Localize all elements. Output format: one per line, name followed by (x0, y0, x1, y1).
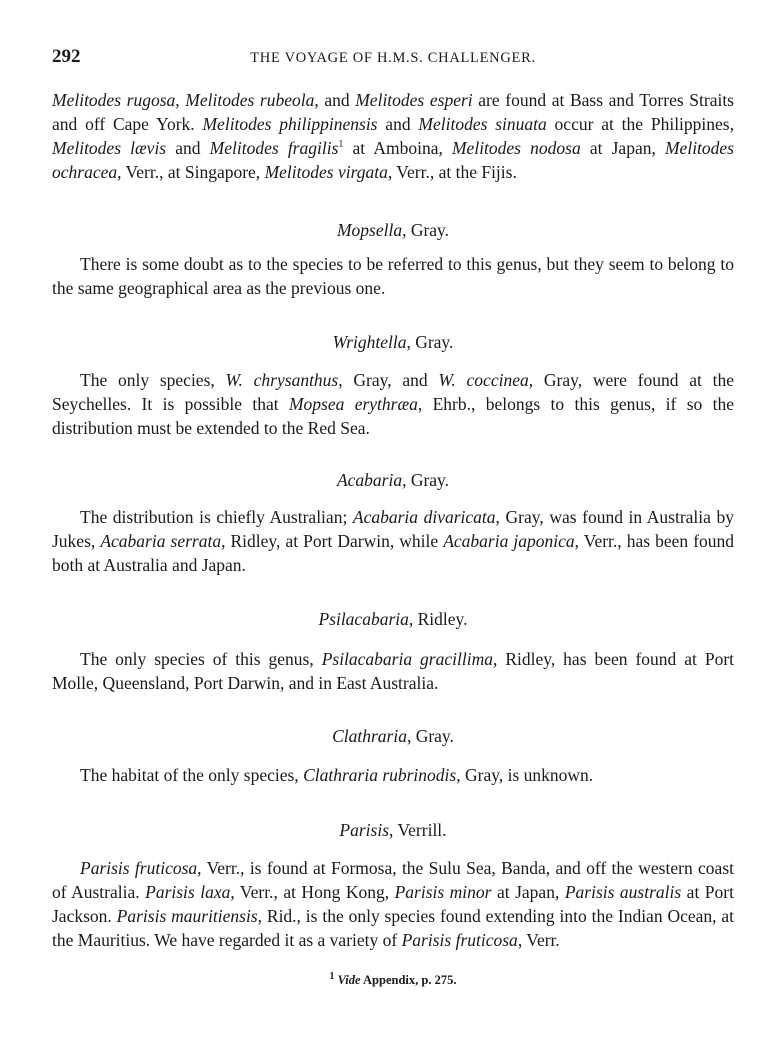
genus-author: , Gray. (402, 470, 449, 490)
text: , Verr., at the Fijis. (388, 162, 517, 182)
text: , Verr., at Singapore, (117, 162, 264, 182)
text: , and (314, 90, 355, 110)
section-heading-psilacabaria: Psilacabaria, Ridley. (52, 609, 734, 630)
text: The only species, (80, 370, 226, 390)
species-name: Melitodes nodosa (452, 138, 581, 158)
genus-author: , Gray. (406, 332, 453, 352)
text: occur at the Philippines, (547, 114, 734, 134)
text: at Amboina, (343, 138, 452, 158)
species-name: Acabaria japonica (443, 531, 574, 551)
species-name: Parisis australis (565, 882, 681, 902)
section-body-mopsella: There is some doubt as to the species to… (52, 252, 734, 300)
species-name: Parisis laxa (145, 882, 230, 902)
genus-name: Acabaria (337, 470, 402, 490)
section-heading-acabaria: Acabaria, Gray. (52, 470, 734, 491)
section-body-clathraria: The habitat of the only species, Clathra… (52, 763, 734, 787)
genus-name: Psilacabaria (318, 609, 408, 629)
species-name: Melitodes fragilis (210, 138, 339, 158)
species-name: Parisis minor (395, 882, 492, 902)
species-name: Acabaria divaricata (353, 507, 496, 527)
genus-name: Mopsella (337, 220, 402, 240)
text: The distribution is chiefly Australian; (80, 507, 353, 527)
text: , Verr. (518, 930, 560, 950)
genus-author: , Gray. (407, 726, 454, 746)
species-name: Melitodes virgata (265, 162, 388, 182)
species-name: Mopsea erythræa (289, 394, 418, 414)
footnote-vide: Vide (338, 973, 361, 987)
species-name: Parisis fruticosa (402, 930, 518, 950)
genus-name: Clathraria (332, 726, 407, 746)
species-name: Melitodes lævis (52, 138, 166, 158)
species-name: W. chrysanthus (226, 370, 339, 390)
species-name: Clathraria rubrinodis (303, 765, 456, 785)
text: , Gray, and (338, 370, 438, 390)
genus-author: , Verrill. (389, 820, 447, 840)
species-name: W. coccinea (438, 370, 528, 390)
text: and (166, 138, 210, 158)
intro-paragraph: Melitodes rugosa, Melitodes rubeola, and… (52, 88, 734, 184)
species-name: Acabaria serrata (100, 531, 221, 551)
text: , (175, 90, 185, 110)
species-name: Melitodes rugosa (52, 90, 175, 110)
section-heading-clathraria: Clathraria, Gray. (52, 726, 734, 747)
genus-name: Wrightella (333, 332, 407, 352)
text: There is some doubt as to the species to… (52, 254, 734, 298)
species-name: Parisis fruticosa (80, 858, 197, 878)
section-heading-parisis: Parisis, Verrill. (52, 820, 734, 841)
genus-name: Parisis (339, 820, 389, 840)
text: at Japan, (581, 138, 665, 158)
text: The only species of this genus, (80, 649, 322, 669)
species-name: Psilacabaria gracillima (322, 649, 493, 669)
genus-author: , Ridley. (409, 609, 468, 629)
footnote-text: Appendix, p. 275. (361, 973, 457, 987)
section-body-parisis: Parisis fruticosa, Verr., is found at Fo… (52, 856, 734, 952)
species-name: Parisis mauritiensis (117, 906, 258, 926)
footnote-marker: 1 (330, 971, 335, 982)
section-body-wrightella: The only species, W. chrysanthus, Gray, … (52, 368, 734, 440)
section-heading-wrightella: Wrightella, Gray. (52, 332, 734, 353)
species-name: Melitodes sinuata (418, 114, 546, 134)
text: The habitat of the only species, (80, 765, 303, 785)
text: at Japan, (491, 882, 564, 902)
text: and (378, 114, 419, 134)
section-heading-mopsella: Mopsella, Gray. (52, 220, 734, 241)
genus-author: , Gray. (402, 220, 449, 240)
text: , Ridley, at Port Darwin, while (221, 531, 443, 551)
section-body-acabaria: The distribution is chiefly Australian; … (52, 505, 734, 577)
species-name: Melitodes rubeola (185, 90, 314, 110)
footnote: 1 Vide Appendix, p. 275. (52, 973, 734, 988)
running-head: 292 THE VOYAGE OF H.M.S. CHALLENGER. (52, 46, 734, 70)
running-title: THE VOYAGE OF H.M.S. CHALLENGER. (52, 50, 734, 67)
section-body-psilacabaria: The only species of this genus, Psilacab… (52, 647, 734, 695)
text: , Verr., at Hong Kong, (230, 882, 394, 902)
text: , Gray, is unknown. (456, 765, 593, 785)
species-name: Melitodes philippinensis (202, 114, 377, 134)
species-name: Melitodes esperi (355, 90, 472, 110)
